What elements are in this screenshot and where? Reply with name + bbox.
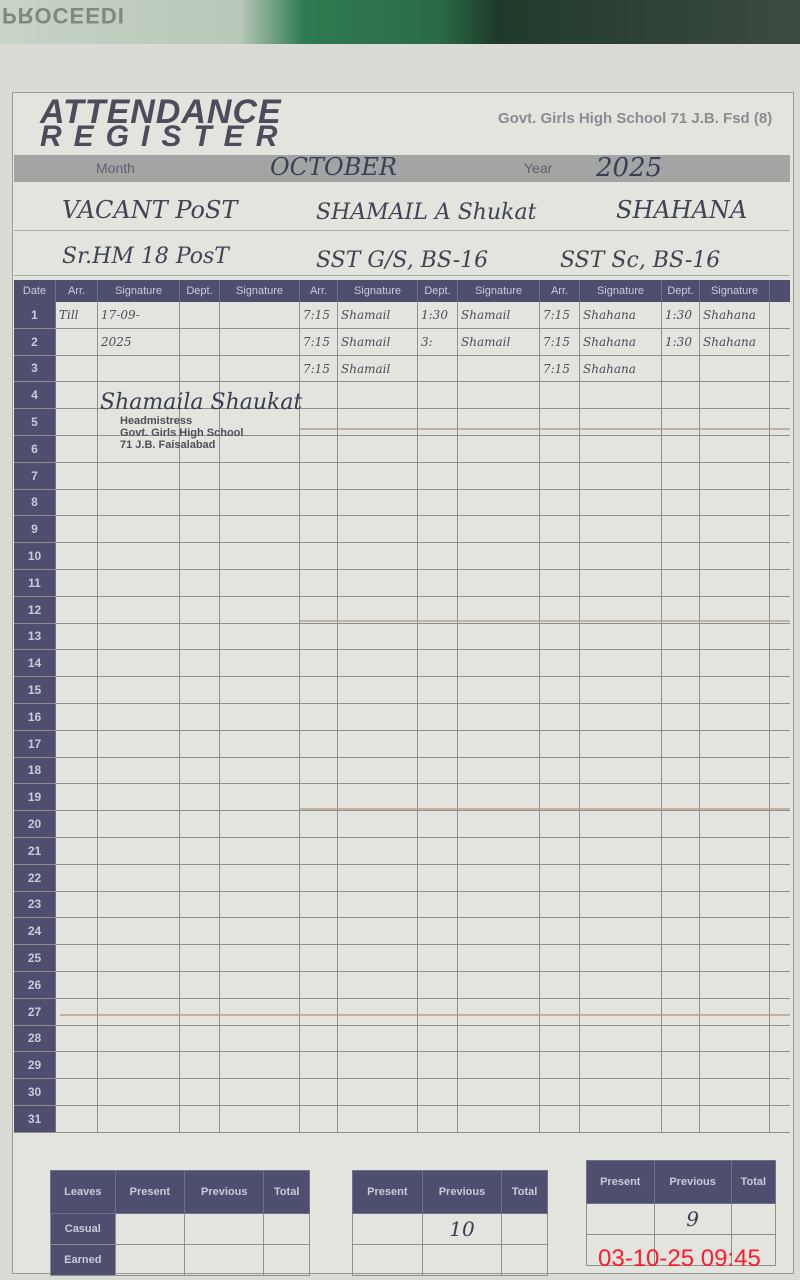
table-row: 11 [14,570,790,597]
grid-cell [458,865,540,891]
date-cell: 30 [14,1079,56,1105]
grid-cell [580,731,662,757]
staff-2-name: SHAMAIL A Shukat [316,200,536,225]
col-dept-3: Dept. [662,280,700,302]
grid-cell [220,999,300,1025]
grid-cell [300,650,338,676]
grid-cell [580,382,662,408]
col-sig-6: Signature [700,280,770,302]
grid-cell: 7:15 [300,356,338,382]
grid-cell [56,1079,98,1105]
grid-cell [580,543,662,569]
grid-cell [580,1052,662,1078]
handwritten-entry: 7:15 [543,362,570,376]
col-date: Date [14,280,56,302]
grid-cell [300,1106,338,1132]
grid-cell [458,811,540,837]
grid-cell [300,463,338,489]
grid-cell: Till [56,302,98,328]
grid-cell [458,972,540,998]
date-cell: 5 [14,409,56,435]
grid-cell [300,811,338,837]
grid-cell [418,811,458,837]
year-value: 2025 [596,153,662,183]
grid-cell [662,436,700,462]
grid-cell [98,784,180,810]
grid-cell [180,865,220,891]
grid-cell [56,1106,98,1132]
grid-cell [458,1052,540,1078]
staff-1-name: VACANT PoST [62,196,237,224]
grid-header: Date Arr. Signature Dept. Signature Arr.… [14,280,790,302]
grid-cell [662,784,700,810]
total-header: Total [264,1171,310,1214]
school-name: Govt. Girls High School 71 J.B. Fsd (8) [498,110,772,127]
grid-cell [98,758,180,784]
table-row: 15 [14,677,790,704]
grid-cell [540,516,580,542]
handwritten-entry: Shahana [583,362,636,376]
grid-cell [56,811,98,837]
grid-cell [458,436,540,462]
grid-cell [540,704,580,730]
grid-cell [98,356,180,382]
grid-cell [662,811,700,837]
previous-header: Previous [185,1171,264,1214]
grid-cell [700,677,770,703]
handwritten-entry: Shamail [461,308,510,322]
col-dept-2: Dept. [418,280,458,302]
grid-cell [540,758,580,784]
grid-cell [458,999,540,1025]
grid-cell [180,463,220,489]
grid-cell [98,918,180,944]
casual-label: Casual [51,1214,116,1245]
handwritten-entry: Shamail [341,335,390,349]
grid-cell [458,382,540,408]
table-row: 22 [14,865,790,892]
staff-3-designation: SST Sc, BS-16 [560,248,720,273]
grid-cell [418,677,458,703]
handwritten-entry: Till [59,308,79,322]
grid-cell [220,1052,300,1078]
grid-cell [662,409,700,435]
grid-cell [540,865,580,891]
grid-cell [180,490,220,516]
handwritten-entry: Shamail [341,308,390,322]
grid-cell [418,356,458,382]
cell [115,1245,184,1276]
grid-cell [220,516,300,542]
grid-cell [180,811,220,837]
table-row: 27 [14,999,790,1026]
grid-cell [56,892,98,918]
grid-cell [540,436,580,462]
stamp-location: 71 J.B. Faisalabad [120,439,302,451]
grid-cell: 7:15 [540,302,580,328]
date-cell: 29 [14,1052,56,1078]
grid-cell [180,999,220,1025]
handwritten-entry: Shamail [341,362,390,376]
month-value: OCTOBER [270,153,397,181]
grid-cell [56,758,98,784]
grid-cell [56,543,98,569]
grid-cell [580,1106,662,1132]
leaves-header: Leaves [51,1171,116,1214]
grid-cell [418,838,458,864]
grid-cell [580,838,662,864]
grid-cell [98,570,180,596]
grid-cell [700,999,770,1025]
grid-cell [540,1026,580,1052]
date-cell: 24 [14,918,56,944]
date-cell: 7 [14,463,56,489]
grid-cell [700,1026,770,1052]
grid-cell [418,945,458,971]
grid-cell [700,624,770,650]
table-row: 17 [14,731,790,758]
grid-cell [700,356,770,382]
grid-cell: Shamail [338,302,418,328]
table-row: 24 [14,918,790,945]
date-cell: 27 [14,999,56,1025]
grid-cell [180,1106,220,1132]
date-cell: 1 [14,302,56,328]
grid-cell [338,784,418,810]
previous-casual-value: 9 [654,1204,731,1235]
grid-cell [338,918,418,944]
date-cell: 8 [14,490,56,516]
book-cover-text: PROCEEDI [2,2,125,28]
grid-cell [458,543,540,569]
grid-cell [338,1079,418,1105]
grid-cell [220,811,300,837]
handwritten-entry: 3: [421,335,433,349]
grid-cell [220,302,300,328]
grid-cell [458,624,540,650]
grid-cell [220,490,300,516]
grid-cell [56,918,98,944]
grid-cell [662,356,700,382]
grid-cell [56,999,98,1025]
grid-cell [418,972,458,998]
grid-cell [418,784,458,810]
grid-cell [180,624,220,650]
grid-cell: Shahana [700,329,770,355]
grid-cell [662,1079,700,1105]
grid-cell [300,945,338,971]
earned-label: Earned [51,1245,116,1276]
table-row: 220257:15Shamail3:Shamail7:15Shahana1:30… [14,329,790,356]
grid-cell [220,624,300,650]
col-sig-5: Signature [580,280,662,302]
date-cell: 6 [14,436,56,462]
grid-cell [580,945,662,971]
grid-cell [700,1106,770,1132]
cell [264,1214,310,1245]
grid-cell [180,892,220,918]
grid-cell [662,1052,700,1078]
grid-cell [98,677,180,703]
grid-cell [338,1052,418,1078]
grid-cell [458,1106,540,1132]
date-cell: 19 [14,784,56,810]
headmistress-stamp: Shamaila Shaukat Headmistress Govt. Girl… [100,390,302,451]
grid-cell [220,704,300,730]
date-cell: 3 [14,356,56,382]
grid-cell [458,704,540,730]
grid-cell [98,865,180,891]
grid-cell [418,543,458,569]
grid-cell [458,677,540,703]
grid-cell [662,892,700,918]
grid-cell [580,597,662,623]
month-label: Month [96,160,135,176]
date-cell: 18 [14,758,56,784]
grid-cell [180,329,220,355]
grid-cell [180,758,220,784]
present-header: Present [353,1171,423,1214]
grid-cell [338,945,418,971]
grid-cell [662,945,700,971]
col-sig-3: Signature [338,280,418,302]
grid-cell [338,838,418,864]
grid-cell [700,1079,770,1105]
grid-cell [418,624,458,650]
grid-cell: Shahana [580,356,662,382]
grid-cell [540,543,580,569]
grid-cell [580,463,662,489]
grid-cell [338,436,418,462]
grid-cell [56,382,98,408]
grid-cell [662,999,700,1025]
grid-cell [662,382,700,408]
handwritten-entry: 7:15 [543,335,570,349]
grid-cell [662,516,700,542]
col-dept-1: Dept. [180,280,220,302]
grid-cell [418,758,458,784]
grid-cell [662,463,700,489]
handwritten-entry: 2025 [101,335,132,349]
date-cell: 22 [14,865,56,891]
grid-cell [300,865,338,891]
year-label: Year [524,160,552,176]
grid-cell [56,570,98,596]
grid-cell [180,945,220,971]
grid-cell [180,1026,220,1052]
title-register: REGISTER [40,120,289,154]
table-row: 37:15Shamail7:15Shahana [14,356,790,383]
grid-cell [56,945,98,971]
grid-cell [56,463,98,489]
grid-cell [338,972,418,998]
table-row: 9 [14,516,790,543]
grid-cell [220,918,300,944]
grid-cell [98,1052,180,1078]
grid-cell [458,463,540,489]
grid-cell [700,490,770,516]
grid-cell [300,1052,338,1078]
grid-cell [98,731,180,757]
grid-cell [56,865,98,891]
grid-cell [662,972,700,998]
grid-cell [220,784,300,810]
grid-cell: Shamail [458,329,540,355]
col-arr-3: Arr. [540,280,580,302]
grid-cell [338,490,418,516]
grid-cell [300,436,338,462]
grid-cell [662,570,700,596]
grid-cell [580,516,662,542]
camera-timestamp: 03-10-25 09:45 [598,1245,761,1273]
grid-cell [180,838,220,864]
grid-cell [540,918,580,944]
grid-cell: 7:15 [300,302,338,328]
grid-cell [540,1106,580,1132]
grid-cell [458,918,540,944]
grid-cell [662,838,700,864]
grid-cell [220,731,300,757]
grid-cell [418,892,458,918]
table-row: 23 [14,892,790,919]
grid-cell [458,758,540,784]
grid-cell [98,463,180,489]
grid-cell [662,918,700,944]
previous-header: Previous [654,1161,731,1204]
book-cover-background: PROCEEDI [0,0,800,50]
grid-cell [700,463,770,489]
grid-cell [662,677,700,703]
col-arr-2: Arr. [300,280,338,302]
grid-cell [180,704,220,730]
grid-cell [56,704,98,730]
grid-cell [580,784,662,810]
grid-cell [540,1052,580,1078]
grid-cell [580,677,662,703]
grid-cell [662,731,700,757]
grid-cell [338,597,418,623]
date-cell: 20 [14,811,56,837]
grid-cell [580,490,662,516]
table-row: 29 [14,1052,790,1079]
grid-cell [418,382,458,408]
grid-cell [540,838,580,864]
ruled-line [300,808,790,810]
date-cell: 25 [14,945,56,971]
grid-cell [220,838,300,864]
grid-cell [458,516,540,542]
grid-cell [662,624,700,650]
grid-cell: 7:15 [540,329,580,355]
grid-cell [338,543,418,569]
grid-cell: Shahana [580,329,662,355]
grid-cell [98,543,180,569]
grid-cell [580,409,662,435]
grid-cell [338,704,418,730]
grid-cell [540,784,580,810]
grid-cell [338,811,418,837]
col-sig-1: Signature [98,280,180,302]
leaves-table-2: PresentPreviousTotal 10 [352,1170,548,1276]
grid-cell [418,463,458,489]
grid-cell [338,731,418,757]
grid-cell [220,1079,300,1105]
grid-cell [700,1052,770,1078]
grid-cell [418,1052,458,1078]
grid-cell [180,516,220,542]
grid-cell: 1:30 [662,329,700,355]
grid-cell [662,490,700,516]
grid-cell [458,838,540,864]
cell [731,1204,775,1235]
grid-cell [458,1026,540,1052]
grid-cell [700,811,770,837]
date-cell: 23 [14,892,56,918]
grid-cell [98,1106,180,1132]
grid-cell [338,624,418,650]
grid-cell [98,838,180,864]
handwritten-entry: Shamail [461,335,510,349]
grid-cell [662,1106,700,1132]
grid-cell [180,356,220,382]
table-row: 16 [14,704,790,731]
table-row: 8 [14,490,790,517]
grid-cell [580,811,662,837]
grid-cell: Shamail [458,302,540,328]
date-cell: 31 [14,1106,56,1132]
ruled-line [300,620,790,622]
grid-cell: Shahana [580,302,662,328]
grid-cell [540,892,580,918]
grid-cell [300,490,338,516]
grid-cell [300,892,338,918]
grid-cell [418,597,458,623]
grid-cell [580,624,662,650]
col-sig-4: Signature [458,280,540,302]
grid-cell [662,597,700,623]
grid-cell [418,731,458,757]
cell [115,1214,184,1245]
grid-cell [220,597,300,623]
grid-cell [458,892,540,918]
grid-cell [56,436,98,462]
grid-cell [180,972,220,998]
grid-cell [458,409,540,435]
grid-cell [180,597,220,623]
staff-1-designation: Sr.HM 18 PosT [62,244,229,269]
grid-cell [220,650,300,676]
grid-cell [56,624,98,650]
grid-cell [56,1026,98,1052]
leaves-table-1: LeavesPresentPreviousTotal Casual Earned [50,1170,310,1276]
table-row: 20 [14,811,790,838]
total-header: Total [731,1161,775,1204]
grid-cell [580,758,662,784]
grid-cell [700,892,770,918]
cell [422,1245,502,1276]
grid-cell [300,758,338,784]
grid-cell [220,1026,300,1052]
grid-cell [540,570,580,596]
grid-cell [56,409,98,435]
col-arr-1: Arr. [56,280,98,302]
grid-cell [220,865,300,891]
grid-cell [220,543,300,569]
grid-cell [418,1079,458,1105]
grid-cell [338,1026,418,1052]
grid-cell [700,838,770,864]
stamp-signature: Shamaila Shaukat [100,390,302,415]
